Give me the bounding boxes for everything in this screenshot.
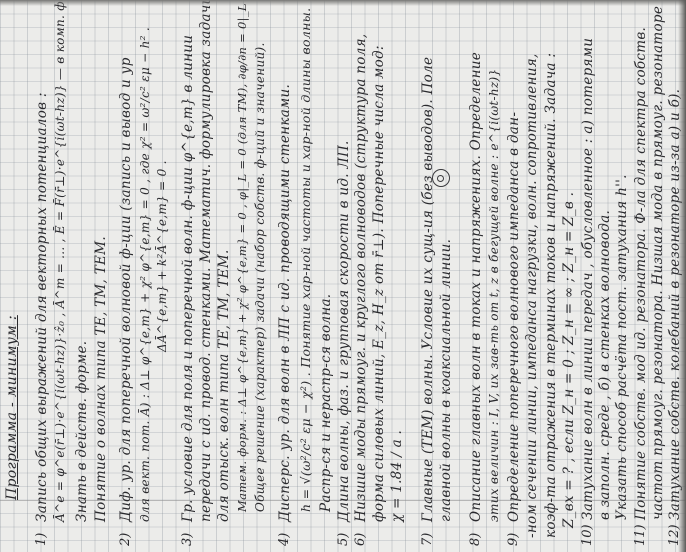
item-line: коэф-та отражения в терминах токов и нап… (543, 53, 559, 538)
item-line: -ном сечении линии, импеданса нагрузки, … (524, 53, 540, 538)
item-line: Указать способ расчёта пост. затухания h… (614, 174, 630, 520)
item-number: 5) (336, 533, 351, 546)
item-line: Общее решение (характер) задачи (набор с… (252, 42, 268, 512)
notebook-page: Программа - минимум : 1) Запись общих вы… (0, 0, 686, 552)
item-number: 9) (506, 533, 521, 546)
item-line: Диф. ур. для поперечной волновой ф-ции (… (118, 57, 134, 522)
item-line: Гр. условие для поля и поперечной волн. … (180, 35, 196, 522)
item-line: χ = 1.84 / a . (389, 430, 405, 522)
item-line: Запись общих выражений для векторных пот… (34, 92, 50, 522)
document-title: Программа - минимум : (4, 315, 20, 500)
item-line: Затухание волн в линии передач , обуслов… (580, 38, 596, 520)
item-line: Понятие собств. мод ид. резонатора. Ф-ла… (633, 27, 649, 520)
item-number: 1) (34, 533, 49, 546)
rotated-text-block: Программа - минимум : 1) Запись общих вы… (0, 0, 686, 552)
item-line: Дисперс. ур. для волн в ЛП с ид. проводя… (277, 84, 293, 522)
item-line: передачи с ид. провод. стенками. Математ… (198, 0, 214, 522)
item-line: Описание главных волн в токах и напряжен… (468, 52, 484, 522)
item-line: ΔĀ^{e,m} + k²Ā^{e,m} = 0 . (154, 160, 170, 352)
item-number: 2) (118, 533, 133, 546)
item-line: Z_вх = ? , если Z_н = 0 ; Z_н = ∞ ; Z_н … (561, 192, 577, 528)
item-line: Понятие о волнах типа TE, TM, TEM. (93, 236, 109, 522)
item-line: h = √(ω²/c² εμ − χ²) . Понятие хар-ной ч… (298, 8, 314, 512)
item-line: Низшие моды прямоуг. и круглого волновод… (353, 34, 369, 522)
item-line: Матем. форм. : Δ⊥ φ^{e,m} + χ² φ^{e,m} =… (234, 0, 250, 512)
scan-edge-right (678, 0, 686, 552)
item-line: для отыск. волн типа TE, TM, TEM. (216, 249, 232, 522)
item-line: для вект. пот. Ā) : Δ⊥ φ^{e,m} + χ² φ^{e… (137, 27, 153, 522)
item-number: 4) (277, 533, 292, 546)
coaxial-line-figure (432, 169, 450, 187)
item-line: в заполн. среде , б) в стенках волновода… (597, 210, 613, 520)
item-number: 6) (353, 533, 368, 546)
item-line: Главные (TEM) волны. Условие их сущ-ия (… (420, 57, 436, 522)
scan-edge-top (0, 0, 686, 6)
item-line: этих величин : I, V, их зав-ть от t, z в… (486, 69, 502, 522)
item-number: 3) (180, 533, 195, 546)
item-line: Распр-ся и нераспр-ся волна. (318, 294, 334, 512)
item-line: Длина волны, фаз. и групповая скорости в… (336, 140, 352, 522)
item-line: Знать в действ. форме. (74, 341, 90, 522)
item-number: 10) (580, 524, 595, 546)
item-number: 7) (420, 533, 435, 546)
item-line: частот прямоуг. резонатора. Низшая мода … (650, 6, 666, 520)
item-number: 11) (633, 524, 648, 546)
item-number: 8) (468, 533, 483, 546)
item-line: Определение поперечного волнового импеда… (506, 112, 522, 522)
item-line: форма силовых линий, E_z, H_z от r̄⊥). П… (371, 45, 387, 522)
item-line: главной волны в коаксиальной линии. (438, 239, 454, 522)
item-line: Ā^e = φ^e(r̄⊥)·e^{i(ωt-hz)}·ẑ₀ , Ā^m = .… (52, 0, 68, 522)
